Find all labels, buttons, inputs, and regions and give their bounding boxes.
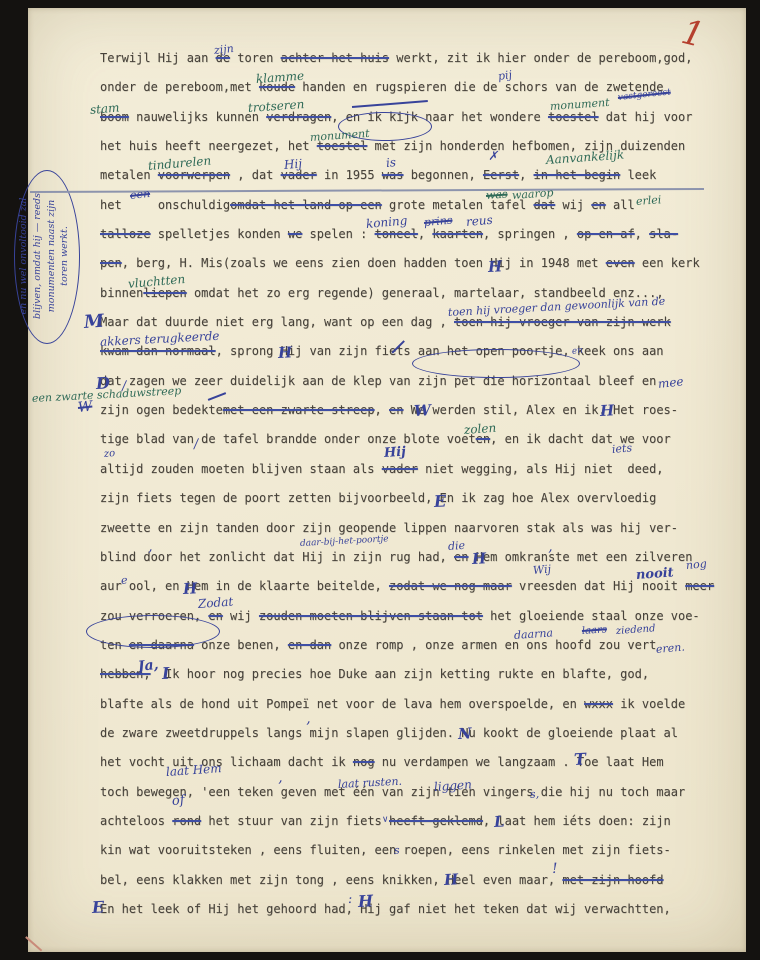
typed-text: zou verroeren, xyxy=(100,609,208,623)
typed-line: metalen voorwerpen , dat vader in 1955 w… xyxy=(100,161,714,190)
typed-line: achteloos rond het stuur van zijn fiets … xyxy=(100,807,714,836)
typed-line: zijn fiets tegen de poort zetten bijvoor… xyxy=(100,484,714,513)
struck-text: vader xyxy=(281,168,317,182)
typed-text: , springen , xyxy=(483,227,577,241)
margin-note-line: en nu wel onvoltooid zal xyxy=(17,171,31,341)
margin-note-line: blijven, omdat hij — reeds xyxy=(31,171,45,341)
typed-text: Hem omkranste met een zilveren xyxy=(468,550,692,564)
struck-text: achter het huis xyxy=(281,51,389,65)
typed-text-block: Terwijl Hij aan de toren achter het huis… xyxy=(100,44,714,924)
typed-line: Terwijl Hij aan de toren achter het huis… xyxy=(100,44,714,73)
struck-text: en xyxy=(454,550,468,564)
struck-text: dat xyxy=(534,198,556,212)
struck-text: even xyxy=(606,256,635,270)
typed-line: het vocht uit ons lichaam dacht ik nog n… xyxy=(100,748,714,777)
typed-text xyxy=(129,198,158,212)
typed-text: , dat xyxy=(230,168,281,182)
struck-text: zodat we nog maar xyxy=(389,579,512,593)
struck-text: toestel xyxy=(317,139,368,153)
struck-text: op en af xyxy=(577,227,635,241)
typed-text: aur ool, en Hem in de klaarte beitelde, xyxy=(100,579,389,593)
typed-text: , laat hem iéts doen: zijn xyxy=(483,814,671,828)
typed-text: wij xyxy=(223,609,259,623)
typed-text: zijn ogen bedekte xyxy=(100,403,223,417)
struck-text: voorwerpen xyxy=(158,168,230,182)
typed-text: begonnen, xyxy=(403,168,482,182)
typed-line: het onschuldigomdat het land op een grot… xyxy=(100,191,714,220)
typed-text: werkt, zit ik hier onder de pereboom,god… xyxy=(389,51,692,65)
scanned-manuscript-scan: Terwijl Hij aan de toren achter het huis… xyxy=(0,0,760,960)
struck-text: talloze xyxy=(100,227,151,241)
typed-line: talloze spelletjes konden we spelen : to… xyxy=(100,220,714,249)
struck-text: vader xyxy=(382,462,418,476)
typed-text: blind door het zonlicht dat Hij in zijn … xyxy=(100,550,454,564)
typed-text: , xyxy=(519,168,533,182)
typed-text: omdat het zo erg regende) generaal, mart… xyxy=(187,286,664,300)
typed-text: de zware zweetdruppels langs mijn slapen… xyxy=(100,726,678,740)
margin-note-line: monumenten naast zijn xyxy=(45,171,59,341)
typed-text: altijd zouden moeten blijven staan als xyxy=(100,462,382,476)
typed-text: , en ik dacht dat we voor xyxy=(490,432,671,446)
typed-text: achteloos xyxy=(100,814,172,828)
struck-text: in het begin xyxy=(534,168,621,182)
struck-text: meer xyxy=(685,579,714,593)
struck-text: en daarna xyxy=(129,638,194,652)
margin-note-line: toren werkt. xyxy=(58,171,72,341)
struck-text: toneel xyxy=(375,227,418,241)
struck-text: en xyxy=(591,198,605,212)
typed-line: het huis heeft neergezet, het toestel me… xyxy=(100,132,714,161)
struck-text: omdat het land op een xyxy=(230,198,382,212)
typed-line: zou verroeren, en wij zouden moeten blij… xyxy=(100,602,714,631)
typed-text: all xyxy=(606,198,635,212)
typed-text: niet wegging, als Hij niet deed, xyxy=(418,462,664,476)
typed-text: , en ik kijk naar het wondere xyxy=(331,110,548,124)
struck-text: toen hij vroeger van zijn werk xyxy=(454,315,671,329)
struck-text: en xyxy=(389,403,403,417)
typed-line: toch bewegen, 'een teken geven met één v… xyxy=(100,778,714,807)
typed-text: grote metalen tafel xyxy=(382,198,534,212)
typed-line: blind door het zonlicht dat Hij in zijn … xyxy=(100,543,714,572)
typed-line: kwam dan normaal, sprong Hij van zijn fi… xyxy=(100,337,714,366)
typed-line: zijn ogen bedektemet een zwarte streep, … xyxy=(100,396,714,425)
typed-text: het vocht uit ons lichaam dacht ik xyxy=(100,755,353,769)
typed-text: , xyxy=(418,227,432,241)
struck-text: hebben, xyxy=(100,667,151,681)
margin-note: en nu wel onvoltooid zalblijven, omdat h… xyxy=(12,170,82,342)
struck-text: was xyxy=(382,168,404,182)
typed-text: Maar dat duurde niet erg lang, want op e… xyxy=(100,315,454,329)
typed-text: dat zagen we zeer duidelijk aan de klep … xyxy=(100,374,656,388)
typed-text: En het leek of Hij het gehoord had, Hij … xyxy=(100,902,671,916)
typed-text: , xyxy=(375,403,389,417)
typed-line: tige blad van de tafel brandde onder onz… xyxy=(100,425,714,454)
typed-text: handen en rugspieren die de schors van d… xyxy=(295,80,663,94)
typed-text: het huis heeft neergezet, het xyxy=(100,139,317,153)
struck-text: verdragen xyxy=(266,110,331,124)
struck-text: pen xyxy=(100,256,122,270)
typed-text: toren xyxy=(230,51,281,65)
struck-text: kwam dan normaal xyxy=(100,344,216,358)
typed-text: , berg, H. Mis(zoals we eens zien doen h… xyxy=(122,256,606,270)
typed-text: tige blad van de tafel brandde onder onz… xyxy=(100,432,476,446)
typed-text: kin wat vooruitsteken , eens fluiten, ee… xyxy=(100,843,671,857)
struck-text: nog xyxy=(353,755,375,769)
typed-line: Maar dat duurde niet erg lang, want op e… xyxy=(100,308,714,337)
typed-text: onze benen, xyxy=(194,638,288,652)
struck-text: heeft geklemd xyxy=(389,814,483,828)
typed-text: , xyxy=(635,227,649,241)
struck-text: koude xyxy=(259,80,295,94)
typed-text: zijn fiets tegen de poort zetten bijvoor… xyxy=(100,491,656,505)
typed-text: spelen : xyxy=(302,227,374,241)
typed-text: spelletjes konden xyxy=(151,227,288,241)
struck-text: en xyxy=(208,609,222,623)
typed-text: wij xyxy=(555,198,591,212)
typed-text: bel, eens klakken met zijn tong , eens k… xyxy=(100,873,562,887)
typed-text: blafte als de hond uit Pompeï net voor d… xyxy=(100,697,584,711)
typed-line: de zware zweetdruppels langs mijn slapen… xyxy=(100,719,714,748)
typed-text: vreesden dat Hij nooit xyxy=(512,579,685,593)
typed-text: nauwelijks kunnen xyxy=(129,110,266,124)
struck-text: sla- xyxy=(649,227,678,241)
struck-text: boom xyxy=(100,110,129,124)
struck-text: wxxx xyxy=(584,697,613,711)
struck-text: rond xyxy=(172,814,201,828)
typed-line: zweette en zijn tanden door zijn geopend… xyxy=(100,514,714,543)
typed-line: dat zagen we zeer duidelijk aan de klep … xyxy=(100,367,714,396)
typed-text: leek xyxy=(620,168,656,182)
typed-text: toch bewegen, 'een teken geven met één v… xyxy=(100,785,685,799)
typed-text: een kerk xyxy=(635,256,700,270)
margin-note-text: en nu wel onvoltooid zalblijven, omdat h… xyxy=(17,171,77,341)
typed-text: ik voelde xyxy=(613,697,685,711)
struck-text: en xyxy=(476,432,490,446)
typed-text: ten xyxy=(100,638,129,652)
typed-line: blafte als de hond uit Pompeï net voor d… xyxy=(100,690,714,719)
typed-line: aur ool, en Hem in de klaarte beitelde, … xyxy=(100,572,714,601)
struck-text: de xyxy=(216,51,230,65)
typed-line: bel, eens klakken met zijn tong , eens k… xyxy=(100,866,714,895)
typed-text: metalen xyxy=(100,168,158,182)
struck-text: met zijn hoofd xyxy=(562,873,663,887)
struck-text: Eerst xyxy=(483,168,519,182)
typed-text: zweette en zijn tanden door zijn geopend… xyxy=(100,521,678,535)
typed-text: Ik hoor nog precies hoe Duke aan zijn ke… xyxy=(165,667,649,681)
typed-line: ten en daarna onze benen, en dan onze ro… xyxy=(100,631,714,660)
typed-line: binnenliepen omdat het zo erg regende) g… xyxy=(100,279,714,308)
typed-line: pen, berg, H. Mis(zoals we eens zien doe… xyxy=(100,249,714,278)
typed-text: nu verdampen we langzaam . Toe laat Hem xyxy=(375,755,664,769)
typed-text: , sprong Hij van zijn fiets aan het open… xyxy=(216,344,664,358)
struck-text: zouden moeten blijven staan tot xyxy=(259,609,483,623)
struck-text: we xyxy=(288,227,302,241)
typed-line: hebben, Ik hoor nog precies hoe Duke aan… xyxy=(100,660,714,689)
typed-line: En het leek of Hij het gehoord had, Hij … xyxy=(100,895,714,924)
typed-text: het xyxy=(100,198,129,212)
typed-text: met zijn honderden hefbomen, zijn duizen… xyxy=(367,139,685,153)
typed-text xyxy=(151,667,165,681)
typed-text: het stuur van zijn fiets xyxy=(201,814,389,828)
typed-line: kin wat vooruitsteken , eens fluiten, ee… xyxy=(100,836,714,865)
typed-text: Terwijl Hij aan xyxy=(100,51,216,65)
typed-text: in 1955 xyxy=(317,168,382,182)
typed-text: onder de pereboom,met xyxy=(100,80,259,94)
struck-text: met een zwarte streep xyxy=(223,403,375,417)
typed-text: We werden stil, Alex en ik. Het roes- xyxy=(403,403,678,417)
typed-text: binnen xyxy=(100,286,143,300)
struck-text: en dan xyxy=(288,638,331,652)
struck-text: toestel xyxy=(548,110,599,124)
typed-text: onschuldig xyxy=(158,198,230,212)
typed-line: boom nauwelijks kunnen verdragen, en ik … xyxy=(100,103,714,132)
typed-text: het gloeiende staal onze voe- xyxy=(483,609,700,623)
typed-line: altijd zouden moeten blijven staan als v… xyxy=(100,455,714,484)
struck-text: liepen xyxy=(143,286,186,300)
typed-text: dat hij voor xyxy=(599,110,693,124)
struck-text: kaarten xyxy=(432,227,483,241)
typed-text: onze romp , onze armen en ons hoofd zou … xyxy=(331,638,656,652)
typed-line: onder de pereboom,met koude handen en ru… xyxy=(100,73,714,102)
